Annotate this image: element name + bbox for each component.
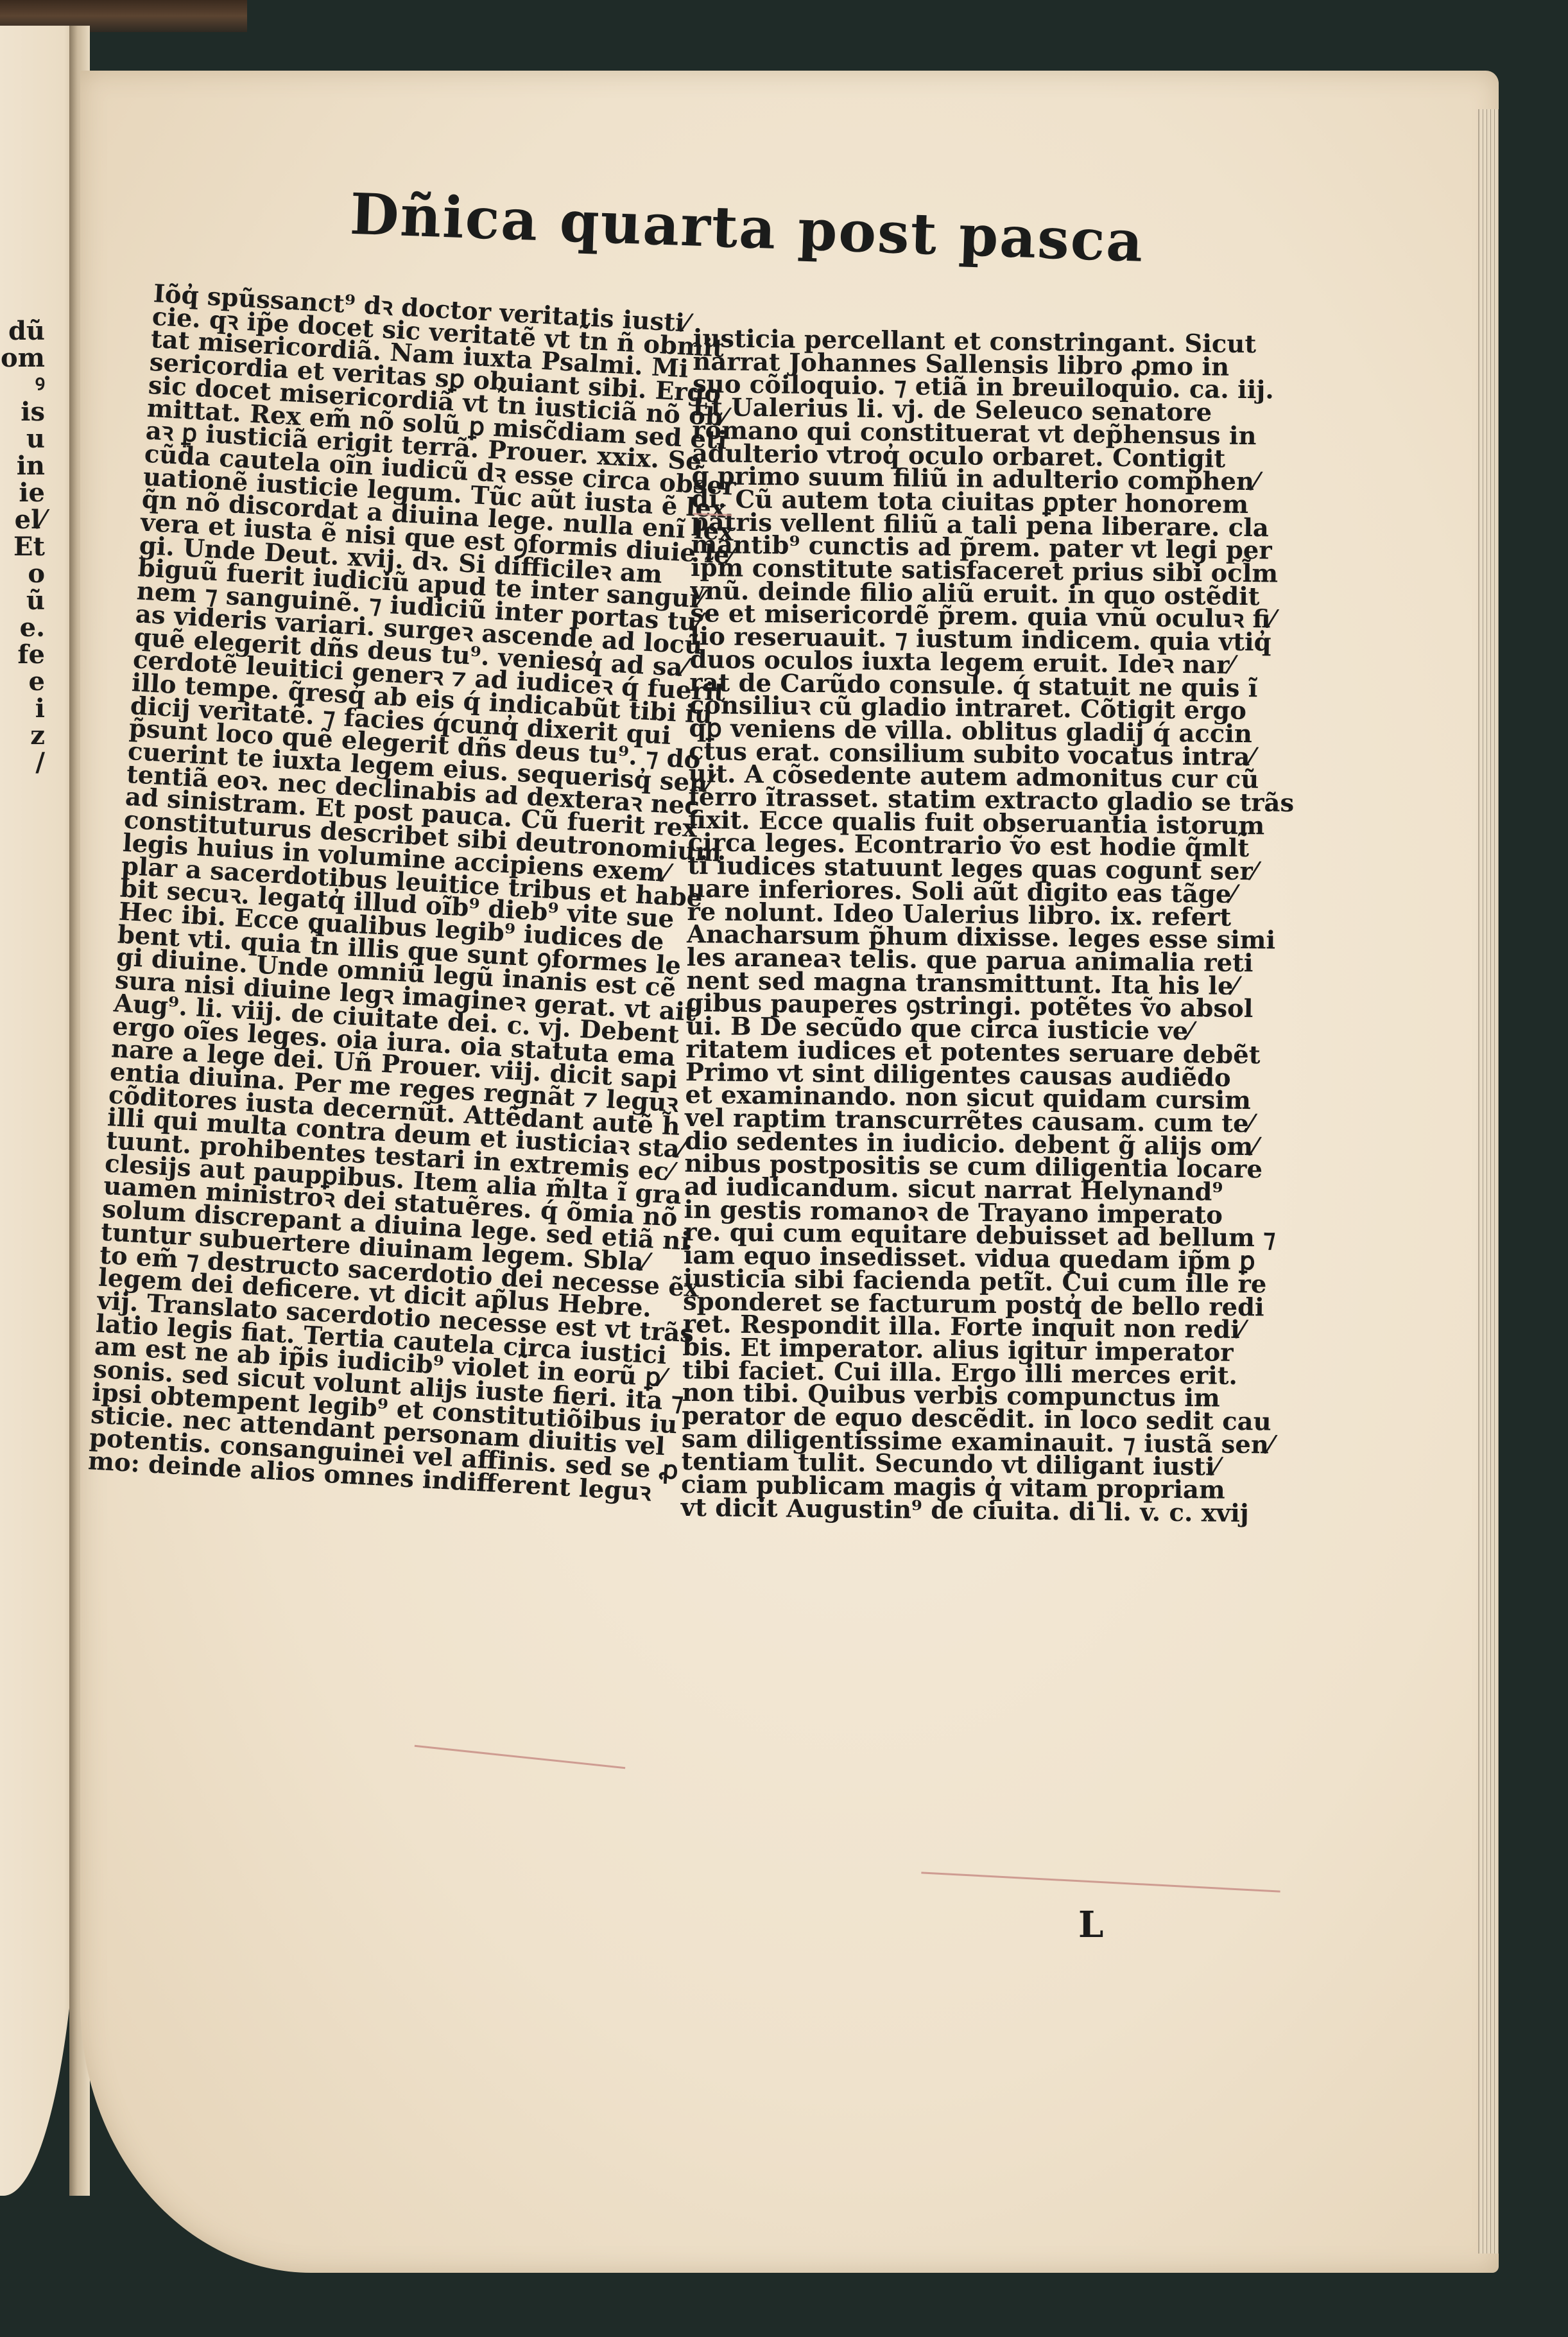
text-fragment: z [0,722,45,749]
text-fragment: Et [0,534,45,560]
text-fragment: e [0,668,45,695]
page-fore-edge [1478,109,1499,2254]
text-fragment: / [0,749,45,776]
running-head: Dñica quarta post pasca [349,180,1057,272]
right-page: Dñica quarta post pasca Iõq̓ spũssanc… [80,71,1499,2273]
text-fragment: in [0,453,45,480]
text-column-left: Iõq̓ spũssanct⁹ dꝛ doctor veritatis iu… [87,282,653,1500]
left-page: dũomꝰisuinieel⁄Etoũe.feeiz/ [0,26,80,2196]
text-fragment: om [0,345,45,372]
text-fragment: e. [0,614,45,641]
text-fragment: el⁄ [0,507,45,534]
text-column-right: iusticia percellant et constringant. Sic… [681,327,1219,1525]
left-page-text-fragments: dũomꝰisuinieel⁄Etoũe.feeiz/ [0,318,45,776]
text-fragment: ꝰ [0,372,45,399]
text-fragment: ie [0,480,45,507]
rubric-underline [921,1872,1280,1892]
rubric-underline [415,1745,626,1769]
text-fragment: dũ [0,318,45,345]
text-fragment: o [0,560,45,587]
text-fragment: is [0,399,45,426]
signature-mark: L [1078,1904,1103,1946]
text-line: vt dicit Augustin⁹ de ciuita. di li. v. … [681,1497,1207,1525]
text-fragment: fe [0,641,45,668]
text-fragment: u [0,426,45,453]
text-fragment: ũ [0,587,45,614]
text-fragment: i [0,695,45,722]
